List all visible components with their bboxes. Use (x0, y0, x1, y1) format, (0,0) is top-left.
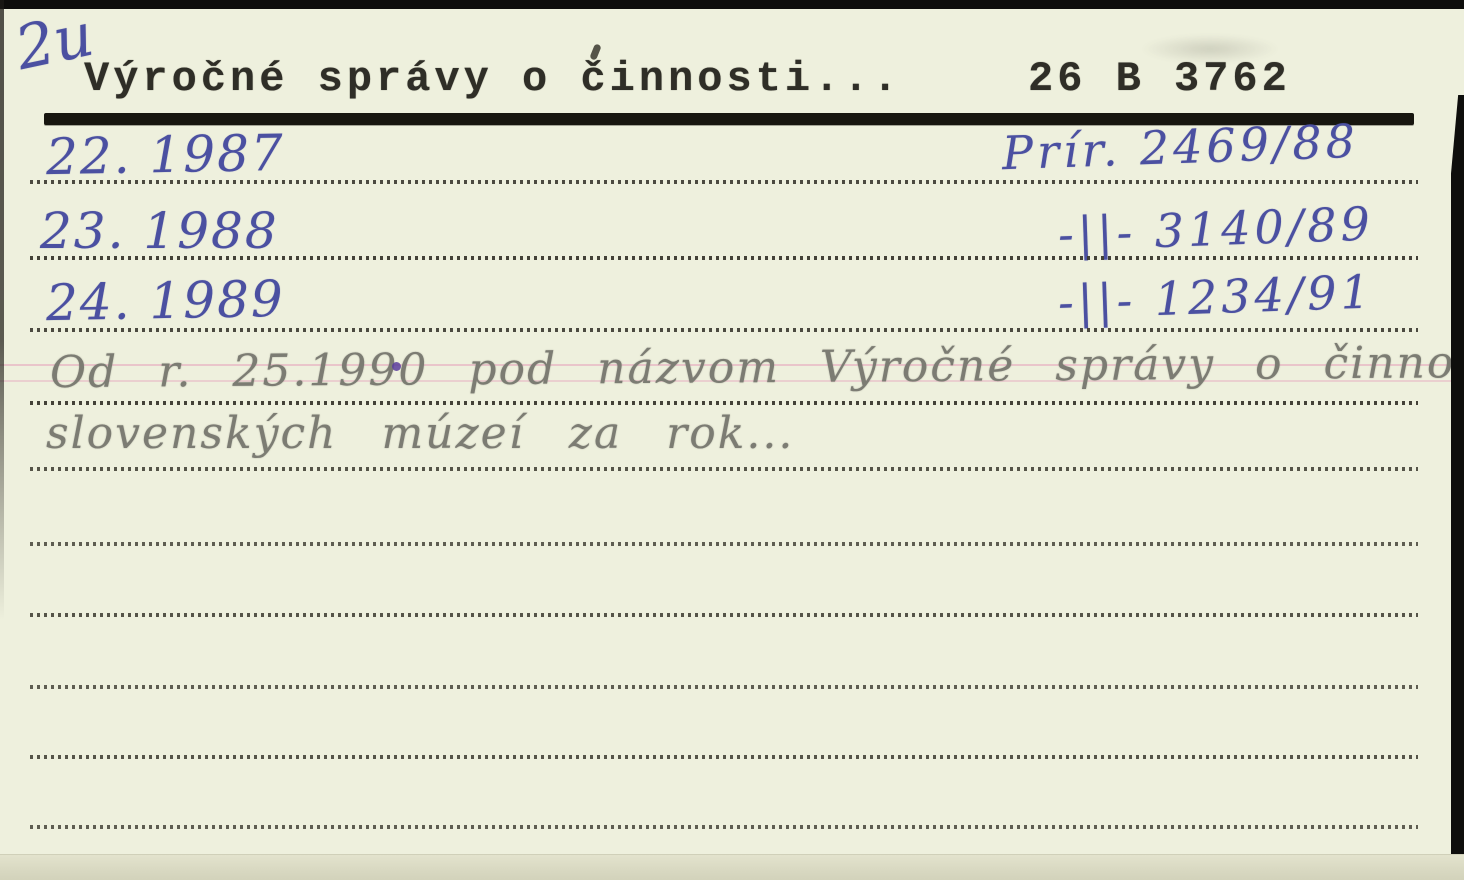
violet-ink-dot (392, 362, 401, 371)
scan-edge-right (1451, 95, 1464, 880)
card-title: Výročné správy o činnosti... (84, 58, 902, 100)
dotted-rule (30, 825, 1418, 829)
dotted-rule (30, 542, 1418, 546)
dotted-rule (30, 328, 1418, 332)
dotted-rule (30, 401, 1418, 405)
dotted-rule (30, 256, 1418, 260)
entry-volume-year: 22. 1987 (46, 128, 285, 182)
dotted-rule (30, 613, 1418, 617)
entry-volume-year: 24. 1989 (46, 274, 285, 328)
catalog-card-scan: 2u Výročné správy o činnosti... 26 B 376… (0, 0, 1464, 880)
dotted-rule (30, 467, 1418, 471)
dotted-rule (30, 685, 1418, 689)
entry-accession-number: Prír. 2469/88 (1001, 118, 1359, 176)
pencil-note-line2: slovenských múzeí za rok... (46, 412, 794, 456)
call-number: 26 B 3762 (1028, 58, 1291, 100)
scan-edge-left (0, 0, 4, 620)
dotted-rule (30, 755, 1418, 759)
scan-edge-bottom (0, 854, 1464, 880)
scan-edge-top (0, 0, 1464, 9)
entry-accession-number: -||- 3140/89 (1057, 201, 1374, 258)
entry-accession-number: -||- 1234/91 (1057, 269, 1374, 326)
entry-volume-year: 23. 1988 (40, 206, 279, 256)
ghost-smudge (1140, 34, 1280, 64)
pencil-note-line1: Od r. 25.1990 pod názvom Výročné správy … (50, 341, 1464, 395)
dotted-rule (30, 180, 1418, 184)
